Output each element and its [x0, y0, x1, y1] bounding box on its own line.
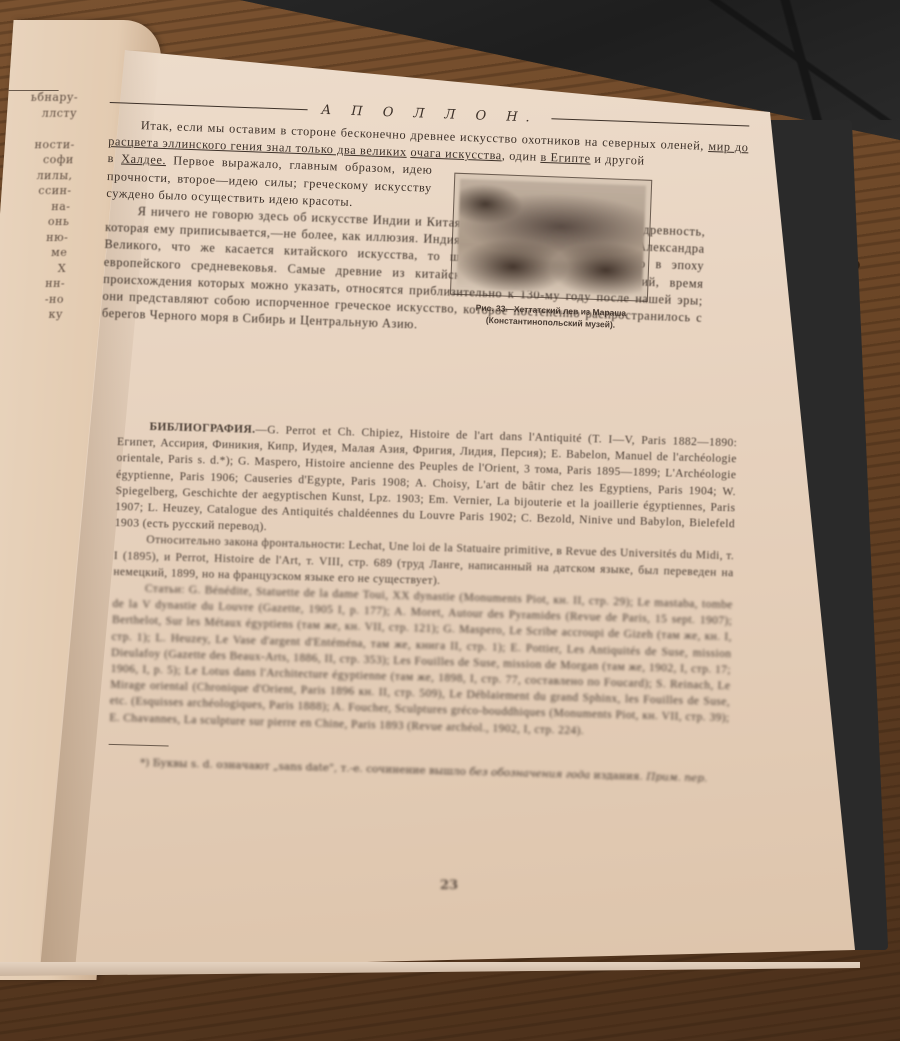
intro-line: и другой: [590, 152, 644, 168]
intro-line: на северных оленей,: [585, 134, 709, 153]
text-span: в: [107, 151, 121, 165]
page-number: 23: [440, 878, 458, 893]
page-content: А П О Л Л О Н. Итак, если мы оставим в с…: [102, 95, 750, 346]
left-fragment: ме: [7, 245, 68, 261]
left-page-text-fragments: ьбнару- ллсту ности- софи лилы, ссин- на…: [2, 90, 78, 323]
left-fragment: [15, 121, 76, 137]
bibliography-text: —G. Perrot et Ch. Chipiez, Histoire de l…: [115, 424, 738, 534]
bibliography-paragraph-3: Статьи: G. Bénédite, Statuette de la dam…: [109, 580, 733, 743]
left-fragment: онь: [9, 214, 70, 230]
bibliography-block: БИБЛИОГРАФИЯ.—G. Perrot et Ch. Chipiez, …: [108, 408, 738, 787]
lion-relief-image: [456, 179, 646, 296]
background-shadow-lines: [700, 0, 900, 120]
left-fragment: ню-: [8, 230, 69, 246]
bibliography-paragraph-1: БИБЛИОГРАФИЯ.—G. Perrot et Ch. Chipiez, …: [115, 418, 738, 549]
left-fragment: ку: [2, 307, 63, 323]
header-rule-left: [110, 102, 308, 111]
left-fragment: Х: [6, 261, 67, 277]
left-fragment: ьбнару-: [18, 90, 79, 106]
intro-line: , один: [502, 149, 541, 164]
left-fragment: лилы,: [12, 168, 73, 184]
left-fragment: на-: [10, 199, 71, 215]
left-fragment: софи: [13, 152, 74, 168]
footnote-italic: Прим. пер.: [646, 771, 707, 785]
figure-frame: [450, 173, 652, 302]
left-fragment: ности-: [14, 137, 75, 153]
header-rule-right: [552, 118, 750, 127]
underlined-phrase: очага искусства: [410, 145, 502, 162]
left-fragment: ссин-: [11, 183, 72, 199]
footnote-italic: без обозначения года: [469, 766, 590, 781]
underlined-phrase: в Египте: [540, 150, 591, 166]
left-fragment: -но: [3, 292, 64, 308]
underlined-phrase: Халдее.: [121, 152, 167, 168]
footnote-rule: [109, 744, 169, 747]
text-with-figure: в Халдее. Первое выражало, главным образ…: [102, 150, 748, 345]
footnote-span: издания.: [590, 769, 646, 783]
bibliography: БИБЛИОГРАФИЯ.—G. Perrot et Ch. Chipiez, …: [109, 418, 737, 743]
column-text: в Халдее. Первое выражало, главным образ…: [102, 150, 433, 334]
left-fragment: ллсту: [17, 106, 78, 122]
bibliography-heading: БИБЛИОГРАФИЯ.: [149, 421, 255, 436]
left-fragment: нн-: [5, 276, 66, 292]
